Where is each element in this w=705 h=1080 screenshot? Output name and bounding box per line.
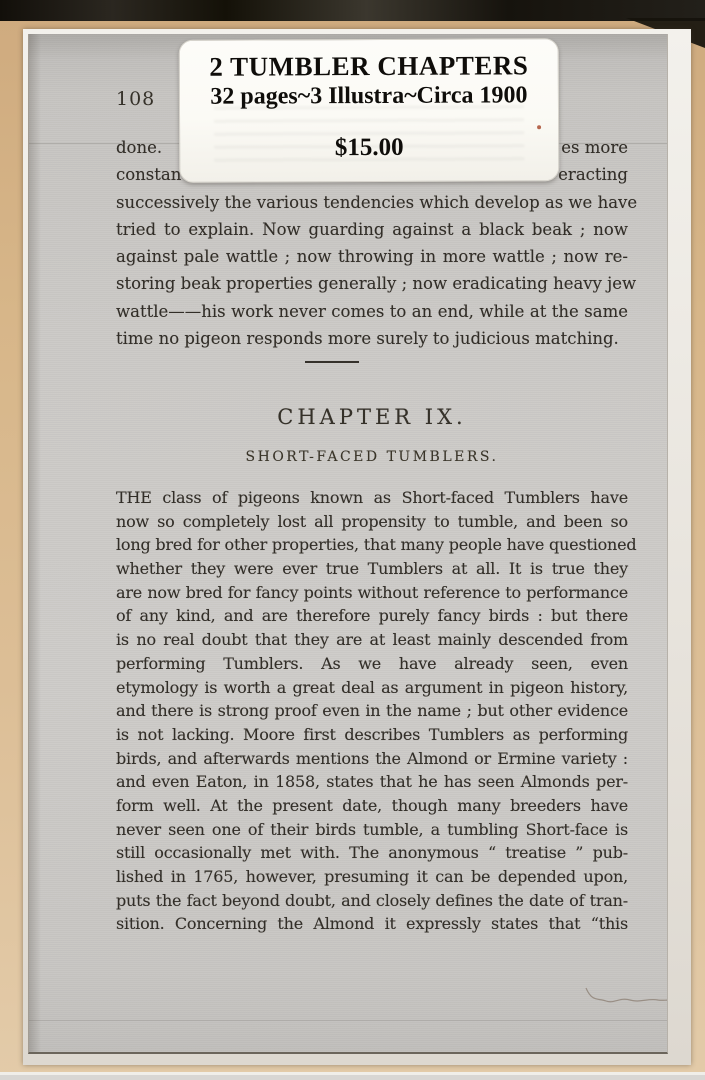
line-fragment-left: constan [116,161,181,188]
dust-speck [537,125,541,129]
paragraph-line: whether they were ever true Tumblers at … [116,557,628,581]
chapter-subheading: SHORT-FACED TUMBLERS. [116,449,628,465]
price-sticker: 2 TUMBLER CHAPTERS 32 pages~3 Illustra~C… [179,38,560,183]
paragraph-line: tried to explain. Now guarding against a… [116,216,628,243]
line-fragment-right: es more [561,134,628,161]
sticker-price: $15.00 [180,133,558,163]
sticker-subtitle: 32 pages~3 Illustra~Circa 1900 [180,82,558,111]
paragraph-line: THE class of pigeons known as Short-face… [116,486,628,510]
paragraph-line: is not lacking. Moore first describes Tu… [116,723,628,747]
hair-artifact [584,982,668,1016]
paragraph-line: successively the various tendencies whic… [116,189,628,216]
chapter-heading: CHAPTER IX. [116,405,628,429]
sticker-title: 2 TUMBLER CHAPTERS [180,50,558,83]
paragraph-line: now so completely lost all propensity to… [116,510,628,534]
paragraph-line: and even Eaton, in 1858, states that he … [116,770,628,794]
section-divider-rule [305,361,359,363]
paragraph-line: sition. Concerning the Almond it express… [116,912,628,936]
sleeve-bottom-edge [0,1072,705,1080]
paragraph-line: of any kind, and are therefore purely fa… [116,604,628,628]
paragraph-line: wattle——his work never comes to an end, … [116,298,628,325]
plastic-sleeve-top-edge [0,0,705,21]
paragraph-line: birds, and afterwards mentions the Almon… [116,747,628,771]
body-paragraph: THE class of pigeons known as Short-face… [116,486,628,936]
paragraph-line: lished in 1765, however, presuming it ca… [116,865,628,889]
paragraph-line: form well. At the present date, though m… [116,794,628,818]
paragraph-lines: successively the various tendencies whic… [116,189,628,353]
paragraph-line: etymology is worth a great deal as argum… [116,676,628,700]
paragraph-line: time no pigeon responds more surely to j… [116,325,628,352]
scanned-book-photo: 108 done. es more constan eracting succe… [0,0,705,1080]
page-number: 108 [116,88,155,110]
scanner-artifact-line [29,1020,667,1021]
book-page: 108 done. es more constan eracting succe… [28,34,668,1054]
paragraph-line: and there is strong proof even in the na… [116,699,628,723]
paragraph-line: still occasionally met with. The anonymo… [116,841,628,865]
paragraph-line: storing beak properties generally ; now … [116,270,628,297]
paragraph-line: puts the fact beyond doubt, and closely … [116,889,628,913]
paragraph-line: performing Tumblers. As we have already … [116,652,628,676]
paragraph-line: long bred for other properties, that man… [116,533,628,557]
paragraph-line: is no real doubt that they are at least … [116,628,628,652]
paragraph-line: never seen one of their birds tumble, a … [116,818,628,842]
line-fragment-left: done. [116,134,162,161]
paragraph-line: are now bred for fancy points without re… [116,581,628,605]
paragraph-line: against pale wattle ; now throwing in mo… [116,243,628,270]
line-fragment-right: eracting [558,161,628,188]
